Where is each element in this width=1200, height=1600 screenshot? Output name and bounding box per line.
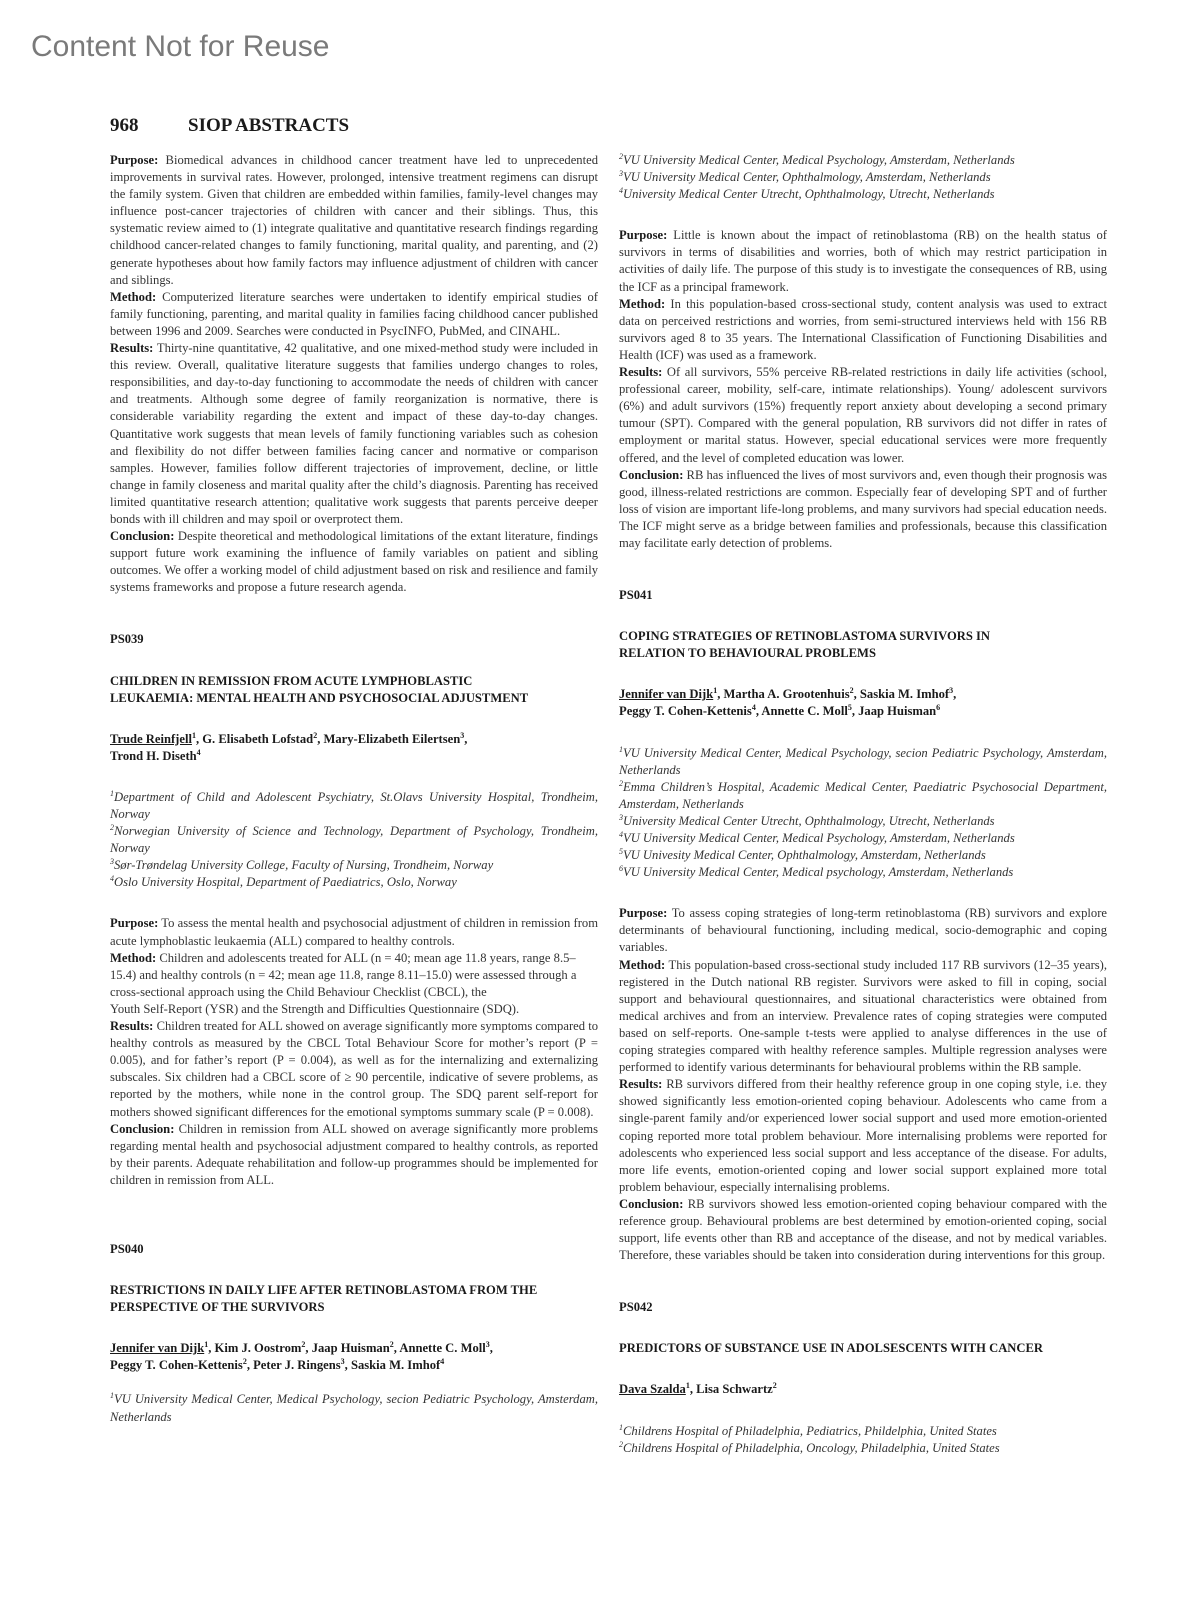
author: Peter J. Ringens: [253, 1358, 341, 1372]
affiliation: 4University Medical Center Utrecht, Opht…: [619, 186, 1107, 203]
abstract-code: PS040: [110, 1241, 598, 1258]
presenting-author: Trude Reinfjell: [110, 732, 192, 746]
abstract-ps040: PS040 RESTRICTIONS IN DAILY LIFE AFTER R…: [110, 1241, 598, 1426]
author: Peggy T. Cohen-Kettenis: [110, 1358, 243, 1372]
watermark: Content Not for Reuse: [31, 30, 330, 64]
section-label: Purpose:: [619, 906, 667, 920]
abstract-title: PREDICTORS OF SUBSTANCE USE IN ADOLSESCE…: [619, 1340, 1107, 1357]
section-label: Method:: [110, 290, 156, 304]
affiliation: 4Oslo University Hospital, Department of…: [110, 874, 598, 891]
abstract-ps042: PS042 PREDICTORS OF SUBSTANCE USE IN ADO…: [619, 1299, 1107, 1456]
section-label: Conclusion:: [110, 1122, 174, 1136]
section-label: Conclusion:: [619, 1197, 683, 1211]
method-text-cont: Youth Self-Report (YSR) and the Strength…: [110, 1002, 519, 1016]
conclusion-text: RB survivors showed less emotion-oriente…: [619, 1197, 1107, 1262]
conclusion-text: RB has influenced the lives of most surv…: [619, 468, 1107, 550]
section-label: Results:: [110, 341, 153, 355]
affiliation: 1Childrens Hospital of Philadelphia, Ped…: [619, 1423, 1107, 1440]
affiliation: 5VU Univesity Medical Center, Ophthalmol…: [619, 847, 1107, 864]
method-text: Computerized literature searches were un…: [110, 290, 598, 338]
results-text: Children treated for ALL showed on avera…: [110, 1019, 598, 1118]
author: Lisa Schwartz: [696, 1382, 773, 1396]
journal-section: SIOP ABSTRACTS: [188, 115, 349, 136]
author-list: Jennifer van Dijk1, Martha A. Grootenhui…: [619, 686, 1107, 720]
abstract-title: CHILDREN IN REMISSION FROM ACUTE LYMPHOB…: [110, 673, 598, 707]
author: G. Elisabeth Lofstad: [202, 732, 313, 746]
presenting-author: Dava Szalda: [619, 1382, 686, 1396]
section-label: Method:: [619, 958, 665, 972]
presenting-author: Jennifer van Dijk: [110, 1341, 204, 1355]
purpose-text: To assess the mental health and psychoso…: [110, 916, 598, 947]
affiliation: 1VU University Medical Center, Medical P…: [619, 745, 1107, 779]
abstract-code: PS041: [619, 587, 1107, 604]
method-text: This population-based cross-sectional st…: [619, 958, 1107, 1075]
running-head: 968SIOP ABSTRACTS: [110, 115, 349, 137]
method-text: Children and adolescents treated for ALL…: [110, 951, 576, 999]
author: Martha A. Grootenhuis: [724, 687, 850, 701]
left-column: Purpose: Biomedical advances in childhoo…: [110, 152, 598, 1426]
affiliation: 4VU University Medical Center, Medical P…: [619, 830, 1107, 847]
abstract-ps041: PS041 COPING STRATEGIES OF RETINOBLASTOM…: [619, 587, 1107, 1264]
results-text: RB survivors differed from their healthy…: [619, 1077, 1107, 1194]
author: Saskia M. Imhof: [860, 687, 949, 701]
results-text: Thirty-nine quantitative, 42 qualitative…: [110, 341, 598, 526]
affiliation: 2Emma Children’s Hospital, Academic Medi…: [619, 779, 1107, 813]
section-label: Method:: [110, 951, 156, 965]
section-label: Results:: [619, 1077, 662, 1091]
abstract-continued: Purpose: Biomedical advances in childhoo…: [110, 152, 598, 596]
section-label: Results:: [110, 1019, 153, 1033]
purpose-text: Little is known about the impact of reti…: [619, 228, 1107, 293]
affiliation: 3Sør-Trøndelag University College, Facul…: [110, 857, 598, 874]
page-number: 968: [110, 115, 188, 137]
purpose-text: Biomedical advances in childhood cancer …: [110, 153, 598, 287]
author: Trond H. Diseth: [110, 749, 197, 763]
purpose-text: To assess coping strategies of long-term…: [619, 906, 1107, 954]
section-label: Conclusion:: [619, 468, 683, 482]
author: Jaap Huisman: [858, 704, 936, 718]
affiliation: 6VU University Medical Center, Medical p…: [619, 864, 1107, 881]
conclusion-text: Children in remission from ALL showed on…: [110, 1122, 598, 1187]
author: Annette C. Moll: [399, 1341, 485, 1355]
results-text: Of all survivors, 55% perceive RB-relate…: [619, 365, 1107, 464]
affiliation: 3University Medical Center Utrecht, Opht…: [619, 813, 1107, 830]
author: Kim J. Oostrom: [215, 1341, 302, 1355]
author: Peggy T. Cohen-Kettenis: [619, 704, 752, 718]
author: Saskia M. Imhof: [351, 1358, 440, 1372]
author: Annette C. Moll: [761, 704, 847, 718]
affiliation: 2VU University Medical Center, Medical P…: [619, 152, 1107, 169]
abstract-code: PS039: [110, 631, 598, 648]
section-label: Conclusion:: [110, 529, 174, 543]
affiliation: 2Norwegian University of Science and Tec…: [110, 823, 598, 857]
abstract-code: PS042: [619, 1299, 1107, 1316]
method-text: In this population-based cross-sectional…: [619, 297, 1107, 362]
affiliation: 2Childrens Hospital of Philadelphia, Onc…: [619, 1440, 1107, 1457]
abstract-title: COPING STRATEGIES OF RETINOBLASTOMA SURV…: [619, 628, 1107, 662]
abstract-ps039: PS039 CHILDREN IN REMISSION FROM ACUTE L…: [110, 631, 598, 1189]
author: Mary-Elizabeth Eilertsen: [323, 732, 460, 746]
conclusion-text: Despite theoretical and methodological l…: [110, 529, 598, 594]
author-list: Dava Szalda1, Lisa Schwartz2: [619, 1381, 1107, 1398]
author-list: Jennifer van Dijk1, Kim J. Oostrom2, Jaa…: [110, 1340, 598, 1374]
abstract-ps040-continued: 2VU University Medical Center, Medical P…: [619, 152, 1107, 552]
abstract-title: RESTRICTIONS IN DAILY LIFE AFTER RETINOB…: [110, 1282, 598, 1316]
section-label: Method:: [619, 297, 665, 311]
right-column: 2VU University Medical Center, Medical P…: [619, 152, 1107, 1457]
section-label: Purpose:: [110, 916, 158, 930]
affiliation: 3VU University Medical Center, Ophthalmo…: [619, 169, 1107, 186]
section-label: Purpose:: [110, 153, 158, 167]
section-label: Results:: [619, 365, 662, 379]
section-label: Purpose:: [619, 228, 667, 242]
author: Jaap Huisman: [312, 1341, 390, 1355]
affiliation: 1VU University Medical Center, Medical P…: [110, 1391, 598, 1425]
presenting-author: Jennifer van Dijk: [619, 687, 713, 701]
affiliation: 1Department of Child and Adolescent Psyc…: [110, 789, 598, 823]
author-list: Trude Reinfjell1, G. Elisabeth Lofstad2,…: [110, 731, 598, 765]
